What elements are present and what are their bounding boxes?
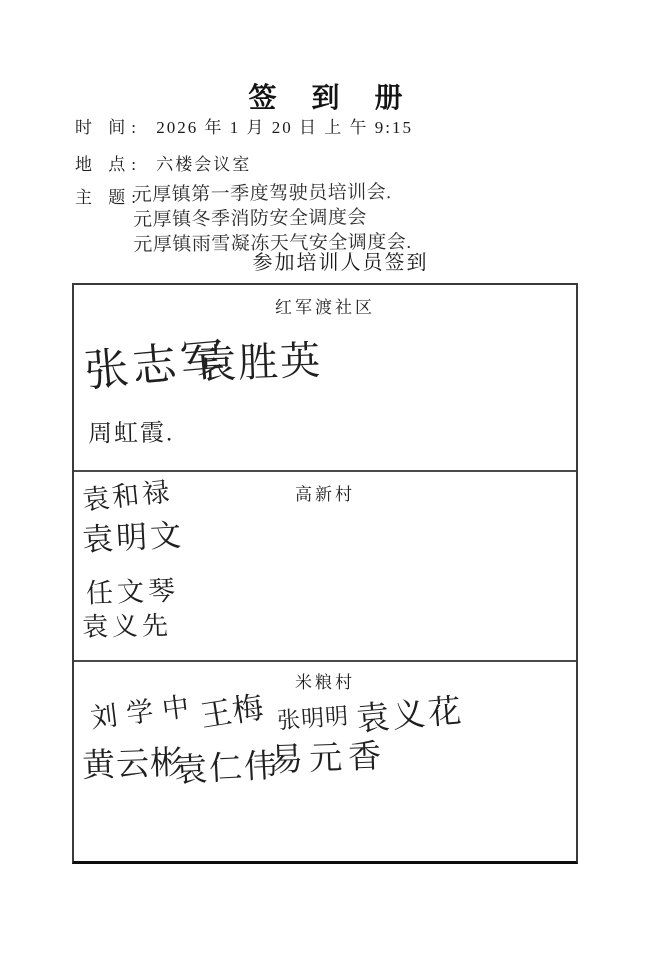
section-hongjundu: 红军渡社区 张志军 袁胜英 周虹霞.: [74, 285, 576, 470]
place-label: 地 点:: [75, 155, 142, 174]
field-place: 地 点: 六楼会议室: [75, 150, 251, 175]
signature: 王梅: [197, 681, 267, 735]
section-gaoxin: 高新村 袁和禄 袁明文 任文琴 袁义先: [74, 470, 576, 660]
page-title: 签 到 册: [0, 76, 651, 116]
signin-table: 红军渡社区 张志军 袁胜英 周虹霞. 高新村 袁和禄 袁明文 任文琴 袁义先 米…: [72, 283, 578, 864]
field-time: 时 间: 2026 年 1 月 20 日 上 午 9:15: [75, 113, 413, 138]
topic-line-2: 元厚镇冬季消防安全调度会: [133, 204, 463, 232]
signature: 易元香: [269, 730, 388, 781]
signin-sheet-page: 签 到 册 时 间: 2026 年 1 月 20 日 上 午 9:15 地 点:…: [0, 0, 651, 960]
signature: 袁义先: [82, 605, 173, 644]
signature: 黄云彬: [81, 736, 185, 787]
signature: 任文琴: [85, 568, 179, 610]
signature: 张明明: [276, 698, 350, 736]
signature: 袁胜英: [195, 329, 323, 390]
topic-line-1: 元厚镇第一季度驾驶员培训会.: [133, 179, 463, 207]
signature: 袁仁伟: [173, 739, 280, 791]
section-header-hongjundu: 红军渡社区: [74, 293, 576, 318]
time-label: 时 间:: [75, 118, 142, 137]
signature: 袁明文: [81, 509, 185, 559]
signature: 周虹霞.: [88, 412, 175, 448]
time-value: 2026 年 1 月 20 日 上 午 9:15: [156, 118, 413, 137]
place-value: 六楼会议室: [156, 155, 251, 174]
signin-subtitle: 参加培训人员签到: [0, 246, 651, 275]
section-miliang: 米粮村 刘学中 王梅 张明明 袁义花 黄云彬 袁仁伟 易元香: [74, 660, 576, 861]
